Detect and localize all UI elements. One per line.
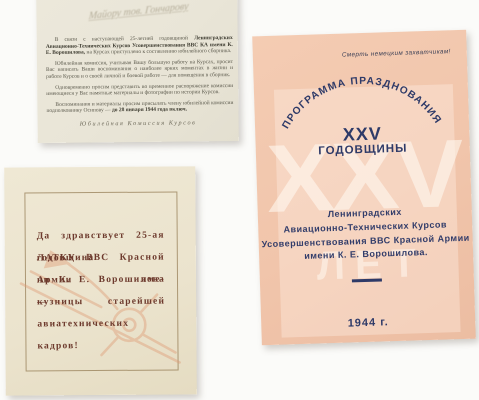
letter-paragraph-1: В связи с наступающей 25-летней годовщин… bbox=[46, 35, 233, 57]
leaflet-slogan: Да здравствует 25-ая годовщина ЛАТКУ ВВС… bbox=[37, 225, 166, 314]
letter-paragraph-3: Одновременно просим представить во време… bbox=[46, 83, 233, 98]
typed-letter-document: Майору тов. Гончарову В связи с наступаю… bbox=[36, 0, 239, 143]
letter-paragraph-2: Юбилейная комиссия, учитывая Вашу большу… bbox=[46, 59, 233, 81]
letter-p1-end: на Курсах приступлено к составлению юбил… bbox=[85, 48, 231, 56]
auction-photo-of-documents: Майору тов. Гончарову В связи с наступаю… bbox=[0, 0, 479, 400]
anniversary-leaflet-document: Да здравствует 25-ая годовщина ЛАТКУ ВВС… bbox=[4, 166, 197, 395]
program-cover-document: Смерть немецким захватчикам! XXV ЛЕТ ПРО… bbox=[252, 30, 476, 346]
letter-p4-bold: до 28 января 1944 года включ. bbox=[112, 107, 187, 114]
leaflet-line: ЛАТКУ ВВС Красной Армии име- bbox=[37, 247, 165, 270]
letter-body: В связи с наступающей 25-летней годовщин… bbox=[46, 35, 234, 119]
leaflet-line: Да здравствует 25-ая годовщина bbox=[37, 225, 165, 248]
program-body: Ленинградских Авиационно-Технических Кур… bbox=[258, 204, 474, 266]
leaflet-line: ни К. Е. Ворошилова — старейшей bbox=[37, 269, 165, 292]
handwritten-inscription: Майору тов. Гончарову bbox=[88, 0, 238, 22]
letter-paragraph-4: Воспоминания и материалы просим присылат… bbox=[46, 100, 233, 115]
letter-signature: Юбилейная Комиссия Курсов bbox=[38, 119, 239, 128]
